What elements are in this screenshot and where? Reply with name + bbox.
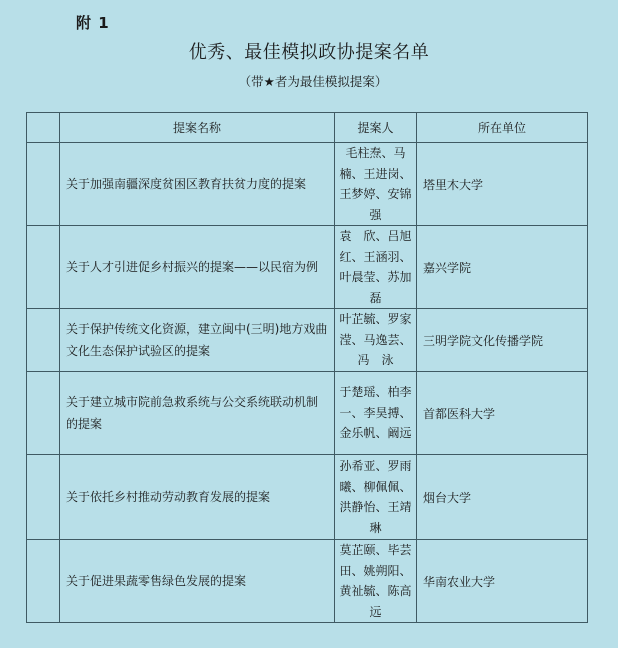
document-subtitle: （带★者为最佳模拟提案）: [0, 72, 618, 90]
proposal-name: 关于依托乡村推动劳动教育发展的提案: [60, 455, 335, 540]
table-row: 关于人才引进促乡村振兴的提案——以民宿为例 袁 欣、吕旭红、王涵羽、叶晨莹、苏加…: [27, 226, 588, 309]
header-unit: 所在单位: [417, 113, 588, 143]
header-proposal-name: 提案名称: [60, 113, 335, 143]
proposal-name: 关于保护传统文化资源，建立闽中(三明)地方戏曲文化生态保护试验区的提案: [60, 309, 335, 372]
header-index: [27, 113, 60, 143]
row-index: [27, 143, 60, 226]
table-row: 关于依托乡村推动劳动教育发展的提案 孙希亚、罗雨曦、柳佩佩、洪静怡、王靖琳 烟台…: [27, 455, 588, 540]
row-index: [27, 455, 60, 540]
table-row: 关于建立城市院前急救系统与公交系统联动机制的提案 于楚瑶、柏李一、李昊搏、金乐帆…: [27, 372, 588, 455]
table-row: 关于保护传统文化资源，建立闽中(三明)地方戏曲文化生态保护试验区的提案 叶芷毓、…: [27, 309, 588, 372]
unit: 烟台大学: [417, 455, 588, 540]
header-proposers: 提案人: [335, 113, 417, 143]
unit: 塔里木大学: [417, 143, 588, 226]
appendix-label: 附 1: [76, 12, 110, 33]
proposers: 孙希亚、罗雨曦、柳佩佩、洪静怡、王靖琳: [335, 455, 417, 540]
proposers: 袁 欣、吕旭红、王涵羽、叶晨莹、苏加磊: [335, 226, 417, 309]
unit: 首都医科大学: [417, 372, 588, 455]
proposers: 于楚瑶、柏李一、李昊搏、金乐帆、阚远: [335, 372, 417, 455]
unit: 华南农业大学: [417, 540, 588, 623]
table-header-row: 提案名称 提案人 所在单位: [27, 113, 588, 143]
row-index: [27, 372, 60, 455]
proposers: 莫芷颐、毕芸田、姚朔阳、黄祉毓、陈高远: [335, 540, 417, 623]
proposal-name: 关于人才引进促乡村振兴的提案——以民宿为例: [60, 226, 335, 309]
proposals-table: 提案名称 提案人 所在单位 关于加强南疆深度贫困区教育扶贫力度的提案 毛柱焘、马…: [26, 112, 588, 623]
unit: 三明学院文化传播学院: [417, 309, 588, 372]
proposal-name: 关于建立城市院前急救系统与公交系统联动机制的提案: [60, 372, 335, 455]
document-title: 优秀、最佳模拟政协提案名单: [0, 38, 618, 64]
row-index: [27, 309, 60, 372]
proposers: 叶芷毓、罗家滢、马逸芸、冯 泳: [335, 309, 417, 372]
row-index: [27, 540, 60, 623]
proposal-name: 关于加强南疆深度贫困区教育扶贫力度的提案: [60, 143, 335, 226]
proposal-name: 关于促进果蔬零售绿色发展的提案: [60, 540, 335, 623]
table-row: 关于促进果蔬零售绿色发展的提案 莫芷颐、毕芸田、姚朔阳、黄祉毓、陈高远 华南农业…: [27, 540, 588, 623]
unit: 嘉兴学院: [417, 226, 588, 309]
table-row: 关于加强南疆深度贫困区教育扶贫力度的提案 毛柱焘、马楠、王进岗、王梦婷、安锦强 …: [27, 143, 588, 226]
proposers: 毛柱焘、马楠、王进岗、王梦婷、安锦强: [335, 143, 417, 226]
row-index: [27, 226, 60, 309]
